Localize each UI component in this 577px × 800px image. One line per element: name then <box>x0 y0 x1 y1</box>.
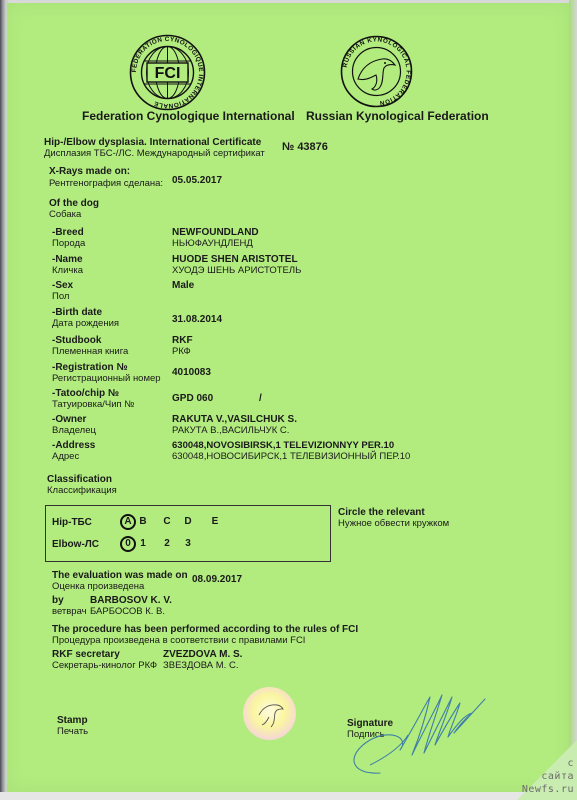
by-label-en: by <box>52 595 64 606</box>
owner-value-ru: РАКУТА В.,ВАСИЛЬЧУК С. <box>172 425 289 436</box>
classification-label-ru: Классификация <box>47 485 117 496</box>
watermark: с сайта Newfs.ru <box>522 757 574 796</box>
studbook-label-en: -Studbook <box>52 335 101 346</box>
breed-value-ru: НЬЮФАУНДЛЕНД <box>172 238 253 249</box>
secretary-name-ru: ЗВЕЗДОВА М. С. <box>163 660 238 671</box>
birth-date-value: 31.08.2014 <box>172 314 222 325</box>
stamp-label-ru: Печать <box>57 726 88 737</box>
elbow-grade-3: 3 <box>181 537 195 551</box>
sex-label-ru: Пол <box>52 291 69 302</box>
elbow-label: Elbow-ЛС <box>52 539 99 550</box>
fci-name: Federation Cynologique International <box>82 109 295 123</box>
breed-value-en: NEWFOUNDLAND <box>172 227 259 238</box>
circle-instruction-ru: Нужное обвести кружком <box>338 518 449 529</box>
address-label-en: -Address <box>52 440 95 451</box>
hip-grade-d: D <box>181 515 195 529</box>
breed-label-ru: Порода <box>52 238 85 249</box>
stamp-label-en: Stamp <box>57 715 88 726</box>
secretary-name-en: ZVEZDOVA M. S. <box>163 649 242 660</box>
sex-value: Male <box>172 280 194 291</box>
dog-section-label-ru: Собака <box>49 209 81 220</box>
studbook-label-ru: Племенная книга <box>52 346 128 357</box>
handwritten-signature-icon <box>340 685 490 780</box>
registration-value: 4010083 <box>172 367 211 378</box>
breed-label-en: -Breed <box>52 227 84 238</box>
hip-grade-c: C <box>160 515 174 529</box>
scan-bottom-edge <box>0 792 577 800</box>
xray-label-en: X-Rays made on: <box>49 166 130 177</box>
evaluation-label-en: The evaluation was made on <box>52 570 188 581</box>
certificate-title-ru: Дисплазия ТБС-/ЛС. Международный сертифи… <box>44 148 265 159</box>
vet-name-en: BARBOSOV K. V. <box>90 595 172 606</box>
xray-date: 05.05.2017 <box>172 175 222 186</box>
chip-label-en: -Tatoo/chip № <box>52 388 119 399</box>
hip-grade-b: B <box>136 515 150 529</box>
name-label-ru: Кличка <box>52 265 83 276</box>
birth-date-label-en: -Birth date <box>52 307 102 318</box>
owner-label-ru: Владелец <box>52 425 96 436</box>
studbook-value-en: RKF <box>172 335 193 346</box>
hip-grade-e: E <box>208 515 222 529</box>
registration-label-ru: Регистрационный номер <box>52 373 161 384</box>
address-value-en: 630048,NOVOSIBIRSK,1 TELEVIZIONNYY PER.1… <box>172 440 394 451</box>
procedure-text-en: The procedure has been performed accordi… <box>52 624 358 635</box>
address-label-ru: Адрес <box>52 451 79 462</box>
chip-value: GPD 060 <box>172 393 213 404</box>
watermark-line-1: с <box>522 757 574 770</box>
evaluation-date: 08.09.2017 <box>192 574 242 585</box>
name-value-ru: ХУОДЭ ШЕНЬ АРИСТОТЕЛЬ <box>172 265 301 276</box>
hologram-sticker-icon <box>243 687 296 740</box>
owner-label-en: -Owner <box>52 414 86 425</box>
fci-globe-logo-icon: FCI FEDERATION CYNOLOGIQUE INTERNATIONAL… <box>129 34 206 111</box>
elbow-grade-2: 2 <box>160 537 174 551</box>
hologram-greyhound-icon <box>243 687 296 740</box>
dog-section-label-en: Of the dog <box>49 198 99 209</box>
chip-separator: / <box>259 393 262 404</box>
xray-label-ru: Рентгенография сделана: <box>49 178 163 189</box>
watermark-line-3: Newfs.ru <box>522 783 574 796</box>
chip-label-ru: Татуировка/Чип № <box>52 399 134 410</box>
certificate-title-en: Hip-/Elbow dysplasia. International Cert… <box>44 137 261 148</box>
owner-value-en: RAKUTA V.,VASILCHUK S. <box>172 414 297 425</box>
hip-label: Hip-ТБС <box>52 517 92 528</box>
watermark-line-2: сайта <box>522 770 574 783</box>
certificate-number: № 43876 <box>282 141 328 153</box>
secretary-label-ru: Секретарь-кинолог РКФ <box>52 660 157 671</box>
registration-label-en: -Registration № <box>52 362 128 373</box>
hip-grade-a: A <box>120 514 136 530</box>
circle-instruction-en: Circle the relevant <box>338 507 425 518</box>
svg-text:FCI: FCI <box>155 65 181 82</box>
scan-right-edge <box>569 0 577 800</box>
sex-label-en: -Sex <box>52 280 73 291</box>
rkf-borzoi-logo-icon: RUSSIAN KYNOLOGICAL FEDERATION <box>340 35 413 108</box>
name-value-en: HUODE SHEN ARISTOTEL <box>172 254 298 265</box>
classification-box: Hip-ТБС A B C D E Elbow-ЛС 0 1 2 3 <box>45 505 331 562</box>
procedure-text-ru: Процедура произведена в соответствии с п… <box>52 635 305 646</box>
elbow-grade-1: 1 <box>136 537 150 551</box>
by-label-ru: ветврач <box>52 606 87 617</box>
address-value-ru: 630048,НОВОСИБИРСК,1 ТЕЛЕВИЗИОННЫЙ ПЕР.1… <box>172 451 410 462</box>
rkf-name: Russian Kynological Federation <box>306 109 489 123</box>
secretary-label-en: RKF secretary <box>52 649 120 660</box>
birth-date-label-ru: Дата рождения <box>52 318 119 329</box>
evaluation-label-ru: Оценка произведена <box>52 581 144 592</box>
elbow-grade-0: 0 <box>120 536 136 552</box>
name-label-en: -Name <box>52 254 83 265</box>
vet-name-ru: БАРБОСОВ К. В. <box>90 606 165 617</box>
studbook-value-ru: РКФ <box>172 346 191 357</box>
classification-label-en: Classification <box>47 474 112 485</box>
